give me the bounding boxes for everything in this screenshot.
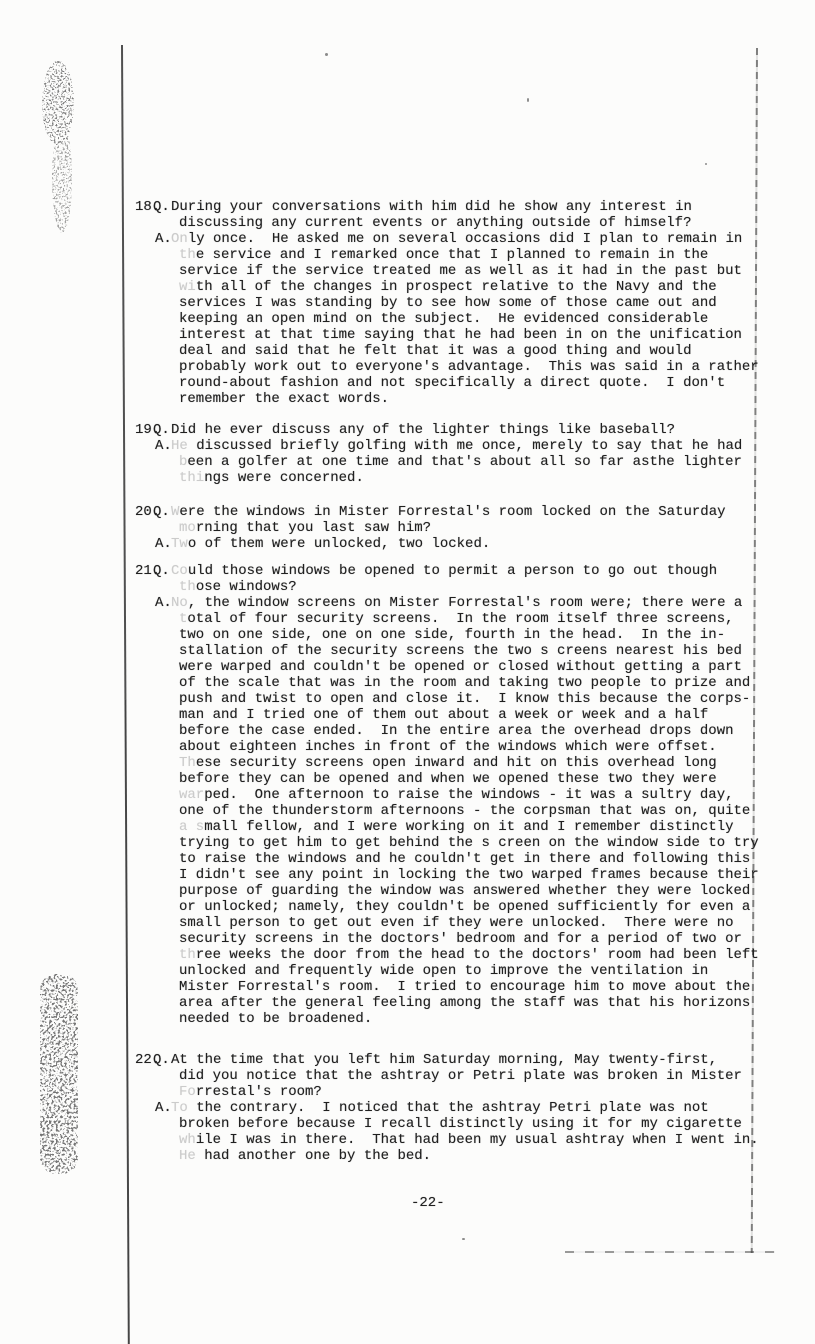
- answer-text: about eighteen inches in front of the wi…: [179, 739, 717, 755]
- answer-line: with all of the changes in prospect rela…: [0, 279, 815, 295]
- answer-line: probably work out to everyone's advantag…: [0, 359, 815, 375]
- answer-line: to raise the windows and he couldn't get…: [0, 851, 815, 867]
- answer-line: service if the service treated me as wel…: [0, 263, 815, 279]
- faded-ink: t: [179, 611, 187, 627]
- answer-text: with all of the changes in prospect rela…: [179, 279, 717, 295]
- answer-text: to raise the windows and he couldn't get…: [179, 851, 750, 867]
- answer-text: area after the general feeling among the…: [179, 995, 750, 1011]
- answer-line: a small fellow, and I were working on it…: [0, 819, 815, 835]
- answer-text: total of four security screens. In the r…: [179, 611, 734, 627]
- answer-line: security screens in the doctors' bedroom…: [0, 931, 815, 947]
- answer-text: No, the window screens on Mister Forrest…: [171, 595, 742, 611]
- qa-entry-20: 20.Q.Were the windows in Mister Forresta…: [0, 504, 815, 552]
- answer-text: small person to get out even if they wer…: [179, 915, 734, 931]
- answer-text: before the case ended. In the entire are…: [179, 723, 734, 739]
- answer-text: or unlocked; namely, they couldn't be op…: [179, 899, 750, 915]
- answer-line: interest at that time saying that he had…: [0, 327, 815, 343]
- answer-line: of the scale that was in the room and ta…: [0, 675, 815, 691]
- question-text: those windows?: [179, 579, 297, 595]
- question-text: did you notice that the ashtray or Petri…: [179, 1068, 742, 1084]
- answer-text: the service and I remarked once that I p…: [179, 247, 708, 263]
- question-label: Q.: [153, 563, 170, 579]
- qa-entry-22: 22.Q.At the time that you left him Satur…: [0, 1052, 815, 1164]
- answer-text: These security screens open inward and h…: [179, 755, 717, 771]
- answer-text: been a golfer at one time and that's abo…: [179, 454, 742, 470]
- answer-text: He discussed briefly golfing with me onc…: [171, 438, 742, 454]
- answer-text: stallation of the security screens the t…: [179, 643, 742, 659]
- answer-text: security screens in the doctors' bedroom…: [179, 931, 742, 947]
- question-text: Forrestal's room?: [179, 1084, 322, 1100]
- question-line: 22.Q.At the time that you left him Satur…: [0, 1052, 815, 1068]
- faded-ink: wi: [179, 279, 196, 295]
- answer-text: round-about fashion and not specifically…: [179, 375, 725, 391]
- faded-ink: th: [179, 579, 196, 595]
- faded-ink: To: [171, 1100, 188, 1116]
- question-text: During your conversations with him did h…: [171, 199, 692, 215]
- question-label: Q.: [153, 422, 170, 438]
- answer-line: services I was standing by to see how so…: [0, 295, 815, 311]
- answer-line: before they can be opened and when we op…: [0, 771, 815, 787]
- faded-ink: a s: [179, 819, 204, 835]
- answer-text: Mister Forrestal's room. I tried to enco…: [179, 979, 750, 995]
- answer-line: while I was in there. That had been my u…: [0, 1132, 815, 1148]
- faded-ink: th: [179, 247, 196, 263]
- qa-entry-21: 21.Q.Could those windows be opened to pe…: [0, 563, 815, 1027]
- answer-label: A.: [155, 231, 172, 247]
- page-number: -22-: [411, 1195, 445, 1211]
- answer-line: A.Two of them were unlocked, two locked.: [0, 536, 815, 552]
- answer-line: before the case ended. In the entire are…: [0, 723, 815, 739]
- answer-text: things were concerned.: [179, 470, 364, 486]
- answer-line: three weeks the door from the head to th…: [0, 947, 815, 963]
- answer-label: A.: [155, 438, 172, 454]
- answer-text: one of the thunderstorm afternoons - the…: [179, 803, 750, 819]
- answer-line: A.Only once. He asked me on several occa…: [0, 231, 815, 247]
- answer-line: A.To the contrary. I noticed that the as…: [0, 1100, 815, 1116]
- question-text: Were the windows in Mister Forrestal's r…: [171, 504, 726, 520]
- answer-text: while I was in there. That had been my u…: [179, 1132, 759, 1148]
- qa-entries: 18.Q.During your conversations with him …: [0, 0, 815, 1344]
- question-label: Q.: [153, 504, 170, 520]
- faded-ink: war: [179, 787, 204, 803]
- answer-line: been a golfer at one time and that's abo…: [0, 454, 815, 470]
- faded-ink: mo: [179, 520, 196, 536]
- faded-ink: thi: [179, 470, 204, 486]
- answer-text: I didn't see any point in locking the tw…: [179, 867, 759, 883]
- question-line: 18.Q.During your conversations with him …: [0, 199, 815, 215]
- faded-ink: Fo: [179, 1084, 196, 1100]
- faded-ink: b: [179, 454, 187, 470]
- answer-label: A.: [155, 536, 172, 552]
- answer-text: of the scale that was in the room and ta…: [179, 675, 750, 691]
- answer-text: interest at that time saying that he had…: [179, 327, 742, 343]
- faded-ink: He: [171, 438, 188, 454]
- answer-text: Only once. He asked me on several occasi…: [171, 231, 742, 247]
- answer-text: push and twist to open and close it. I k…: [179, 691, 750, 707]
- faded-ink: Co: [171, 563, 188, 579]
- question-line: 21.Q.Could those windows be opened to pe…: [0, 563, 815, 579]
- question-line: morning that you last saw him?: [0, 520, 815, 536]
- question-label: Q.: [153, 199, 170, 215]
- answer-line: total of four security screens. In the r…: [0, 611, 815, 627]
- answer-line: things were concerned.: [0, 470, 815, 486]
- faded-ink: wh: [179, 1132, 196, 1148]
- answer-line: or unlocked; namely, they couldn't be op…: [0, 899, 815, 915]
- faded-ink: He: [179, 1148, 196, 1164]
- answer-text: two on one side, one on one side, fourth…: [179, 627, 725, 643]
- answer-line: remember the exact words.: [0, 391, 815, 407]
- answer-line: about eighteen inches in front of the wi…: [0, 739, 815, 755]
- answer-label: A.: [155, 595, 172, 611]
- answer-line: small person to get out even if they wer…: [0, 915, 815, 931]
- answer-line: purpose of guarding the window was answe…: [0, 883, 815, 899]
- answer-line: stallation of the security screens the t…: [0, 643, 815, 659]
- question-line: 19.Q.Did he ever discuss any of the ligh…: [0, 422, 815, 438]
- question-line: discussing any current events or anythin…: [0, 215, 815, 231]
- answer-text: before they can be opened and when we op…: [179, 771, 717, 787]
- question-line: Forrestal's room?: [0, 1084, 815, 1100]
- qa-entry-18: 18.Q.During your conversations with him …: [0, 199, 815, 407]
- answer-line: area after the general feeling among the…: [0, 995, 815, 1011]
- answer-line: man and I tried one of them out about a …: [0, 707, 815, 723]
- answer-text: deal and said that he felt that it was a…: [179, 343, 691, 359]
- answer-line: push and twist to open and close it. I k…: [0, 691, 815, 707]
- answer-text: remember the exact words.: [179, 391, 389, 407]
- answer-text: He had another one by the bed.: [179, 1148, 431, 1164]
- answer-text: a small fellow, and I were working on it…: [179, 819, 734, 835]
- answer-text: service if the service treated me as wel…: [179, 263, 742, 279]
- answer-text: keeping an open mind on the subject. He …: [179, 311, 708, 327]
- answer-line: the service and I remarked once that I p…: [0, 247, 815, 263]
- answer-line: A.No, the window screens on Mister Forre…: [0, 595, 815, 611]
- answer-text: purpose of guarding the window was answe…: [179, 883, 750, 899]
- answer-text: Two of them were unlocked, two locked.: [171, 536, 490, 552]
- question-line: those windows?: [0, 579, 815, 595]
- answer-line: two on one side, one on one side, fourth…: [0, 627, 815, 643]
- question-text: Did he ever discuss any of the lighter t…: [171, 422, 675, 438]
- faded-ink: Tw: [171, 536, 188, 552]
- answer-text: warped. One afternoon to raise the windo…: [179, 787, 734, 803]
- answer-text: trying to get him to get behind the s cr…: [179, 835, 759, 851]
- question-line: did you notice that the ashtray or Petri…: [0, 1068, 815, 1084]
- answer-line: A.He discussed briefly golfing with me o…: [0, 438, 815, 454]
- answer-text: probably work out to everyone's advantag…: [179, 359, 759, 375]
- answer-line: I didn't see any point in locking the tw…: [0, 867, 815, 883]
- question-text: morning that you last saw him?: [179, 520, 431, 536]
- answer-line: round-about fashion and not specifically…: [0, 375, 815, 391]
- answer-line: deal and said that he felt that it was a…: [0, 343, 815, 359]
- document-page: 18.Q.During your conversations with him …: [0, 0, 815, 1344]
- answer-line: These security screens open inward and h…: [0, 755, 815, 771]
- question-line: 20.Q.Were the windows in Mister Forresta…: [0, 504, 815, 520]
- answer-text: three weeks the door from the head to th…: [179, 947, 759, 963]
- answer-line: keeping an open mind on the subject. He …: [0, 311, 815, 327]
- faded-ink: W: [171, 504, 179, 520]
- question-label: Q.: [153, 1052, 170, 1068]
- question-text: At the time that you left him Saturday m…: [171, 1052, 717, 1068]
- answer-line: were warped and couldn't be opened or cl…: [0, 659, 815, 675]
- answer-line: warped. One afternoon to raise the windo…: [0, 787, 815, 803]
- faded-ink: No: [171, 595, 188, 611]
- faded-ink: th: [179, 947, 196, 963]
- question-text: Could those windows be opened to permit …: [171, 563, 717, 579]
- faded-ink: Th: [179, 755, 196, 771]
- answer-line: needed to be broadened.: [0, 1011, 815, 1027]
- answer-text: needed to be broadened.: [179, 1011, 372, 1027]
- answer-text: were warped and couldn't be opened or cl…: [179, 659, 742, 675]
- answer-line: unlocked and frequently wide open to imp…: [0, 963, 815, 979]
- answer-line: Mister Forrestal's room. I tried to enco…: [0, 979, 815, 995]
- answer-line: broken before because I recall distinctl…: [0, 1116, 815, 1132]
- faded-ink: On: [171, 231, 188, 247]
- question-text: discussing any current events or anythin…: [179, 215, 691, 231]
- answer-label: A.: [155, 1100, 172, 1116]
- answer-text: broken before because I recall distinctl…: [179, 1116, 742, 1132]
- answer-text: services I was standing by to see how so…: [179, 295, 717, 311]
- answer-text: man and I tried one of them out about a …: [179, 707, 708, 723]
- answer-line: trying to get him to get behind the s cr…: [0, 835, 815, 851]
- answer-line: He had another one by the bed.: [0, 1148, 815, 1164]
- qa-entry-19: 19.Q.Did he ever discuss any of the ligh…: [0, 422, 815, 486]
- answer-line: one of the thunderstorm afternoons - the…: [0, 803, 815, 819]
- answer-text: To the contrary. I noticed that the asht…: [171, 1100, 709, 1116]
- answer-text: unlocked and frequently wide open to imp…: [179, 963, 708, 979]
